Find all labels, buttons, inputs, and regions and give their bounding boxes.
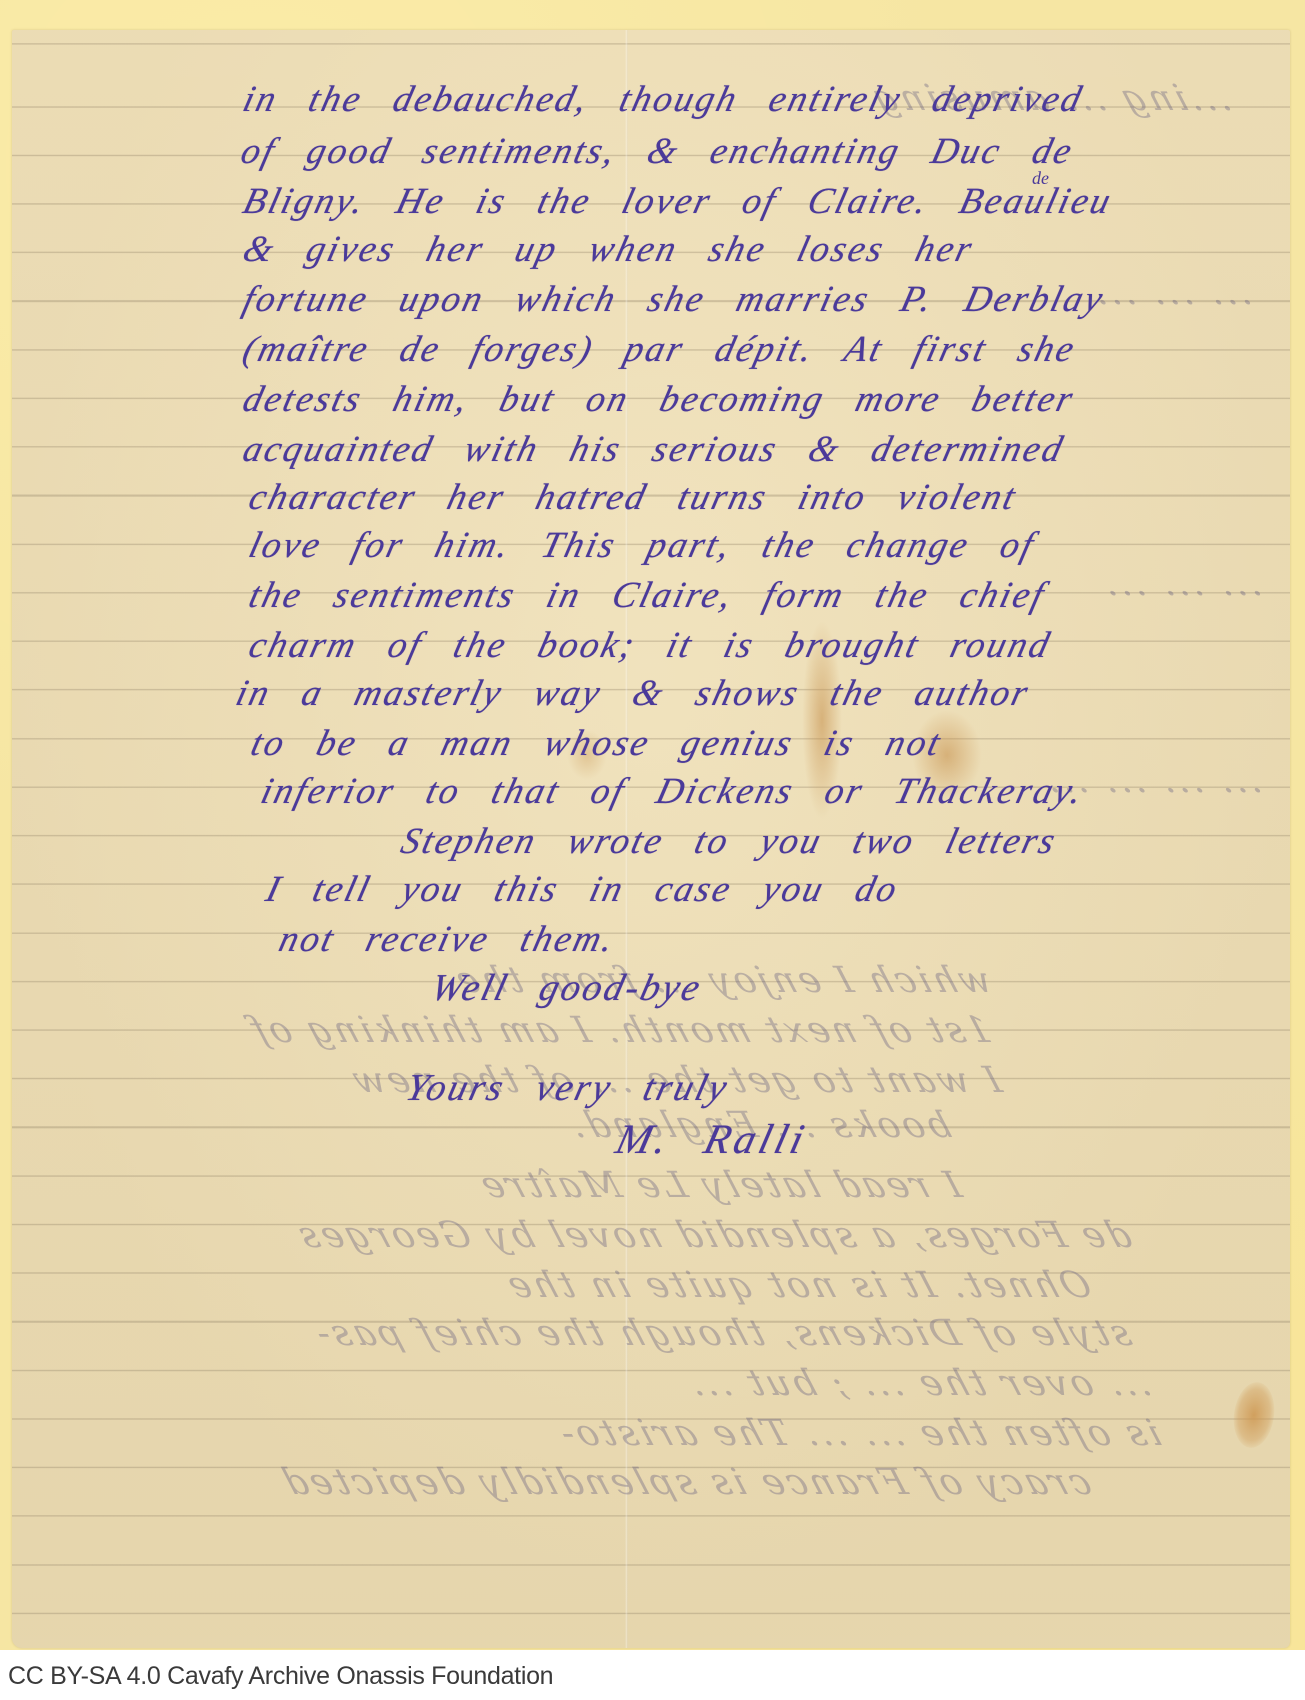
letter-line: I tell you this in case you do [262, 868, 904, 911]
letter-line: to be a man whose genius is not [247, 722, 947, 765]
letter-line: (maître de forges) par dépit. At first s… [239, 328, 1081, 371]
letter-line: character her hatred turns into violent [245, 476, 1022, 519]
letter-line: & gives her up when she loses her [239, 228, 979, 271]
letter-line: Stephen wrote to you two letters [397, 820, 1062, 863]
letter-line: the sentiments in Claire, form the chief [245, 574, 1051, 617]
letter-line: of good sentiments, & enchanting Duc de [237, 130, 1079, 173]
letter-line: fortune upon which she marries P. Derbla… [239, 278, 1110, 321]
letter-line: charm of the book; it is brought round [245, 624, 1056, 667]
letter-line: in a masterly way & shows the author [232, 672, 1035, 715]
letter-page: ...ing ... amusing ... ... ... ... ... .… [12, 30, 1290, 1648]
footer: CC BY-SA 4.0 Cavafy Archive Onassis Foun… [0, 1650, 1305, 1700]
signature: M. Ralli [611, 1116, 813, 1164]
letter-line: love for him. This part, the change of [245, 524, 1041, 567]
letter-line: acquainted with his serious & determined [239, 428, 1069, 471]
letter-line: detests him, but on becoming more better [239, 378, 1080, 421]
letter-line: in the debauched, though entirely depriv… [239, 78, 1088, 121]
letter-line: inferior to that of Dickens or Thackeray… [257, 770, 1089, 813]
letter-line: not receive them. [275, 918, 621, 961]
letter-line: Bligny. He is the lover of Claire. Beaul… [239, 180, 1118, 223]
closing-salutation: Yours very truly [402, 1066, 734, 1110]
license-credit: CC BY-SA 4.0 Cavafy Archive Onassis Foun… [8, 1662, 553, 1691]
closing-farewell: Well good-bye [427, 966, 708, 1010]
